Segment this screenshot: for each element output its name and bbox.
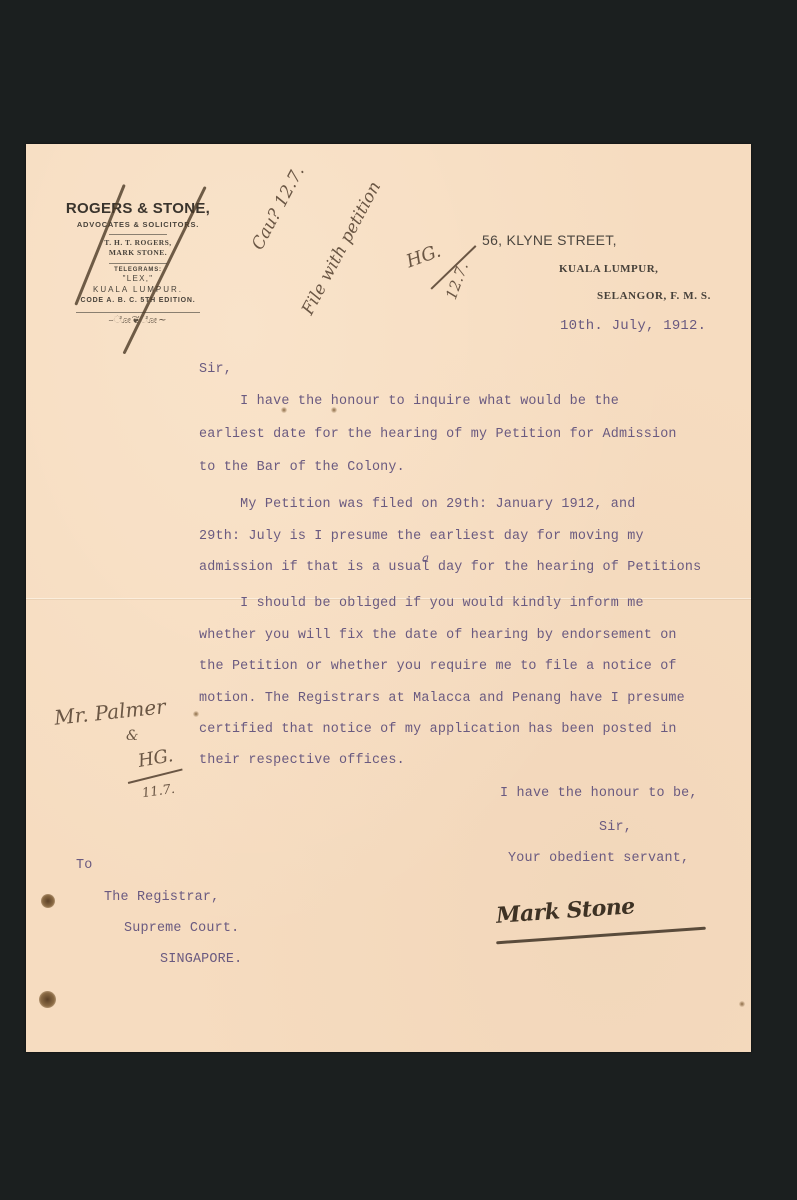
recipient-to: To: [76, 858, 92, 873]
salutation: Sir,: [199, 362, 232, 377]
margin-date: 11.7.: [141, 782, 176, 801]
body-line: My Petition was filed on 29th: January 1…: [199, 497, 636, 512]
telegrams-edition: CODE A. B. C. 5TH EDITION.: [44, 295, 232, 306]
letterhead: ROGERS & STONE, ADVOCATES & SOLICITORS. …: [44, 200, 232, 326]
partner-name: T. H. T. ROGERS,: [44, 238, 232, 248]
paper-stain: [739, 1001, 745, 1007]
signature-underline: [496, 927, 706, 945]
closing-line: I have the honour to be,: [500, 786, 698, 801]
body-line: to the Bar of the Colony.: [199, 460, 405, 475]
firm-name: ROGERS & STONE,: [44, 200, 232, 217]
punch-hole-stain: [41, 894, 55, 908]
telegrams-code: "LEX,": [44, 273, 232, 284]
letterhead-rule: [76, 312, 200, 313]
body-line: the Petition or whether you require me t…: [199, 659, 677, 674]
letterhead-rule: [109, 234, 167, 235]
body-line: earliest date for the hearing of my Peti…: [199, 427, 677, 442]
body-line: certified that notice of my application …: [199, 722, 677, 737]
handwritten-date: 12.7.: [442, 260, 472, 302]
city-address: KUALA LUMPUR,: [559, 263, 658, 275]
closing-line: Your obedient servant,: [508, 851, 689, 866]
partner-name: MARK STONE.: [44, 248, 232, 258]
street-address: 56, KLYNE STREET,: [482, 232, 617, 248]
margin-note: Mr. Palmer: [53, 694, 167, 730]
margin-initials: HG.: [136, 745, 174, 772]
body-line: admission if that is a usual day for the…: [199, 560, 701, 575]
telegrams-city: KUALA LUMPUR.: [44, 284, 232, 295]
letterhead-rule: [109, 263, 167, 264]
closing-line: Sir,: [599, 820, 632, 835]
signature: Mark Stone: [495, 893, 635, 929]
paper-stain: [331, 407, 337, 413]
handwritten-initials: HG.: [403, 241, 443, 273]
handwritten-note: Cau? 12.7.: [248, 163, 309, 254]
recipient-line: SINGAPORE.: [160, 952, 242, 967]
margin-note-ampersand: &: [126, 728, 138, 744]
body-line: motion. The Registrars at Malacca and Pe…: [199, 691, 685, 706]
letter-date: 10th. July, 1912.: [560, 318, 706, 334]
handwritten-note: File with petition: [298, 178, 385, 318]
body-line: their respective offices.: [199, 753, 405, 768]
firm-subtitle: ADVOCATES & SOLICITORS.: [44, 220, 232, 229]
body-line: I should be obliged if you would kindly …: [199, 596, 644, 611]
body-line: 29th: July is I presume the earliest day…: [199, 529, 644, 544]
paper-stain: [193, 711, 199, 717]
handwritten-underline: [128, 768, 183, 783]
body-line: whether you will fix the date of hearing…: [199, 628, 677, 643]
recipient-line: Supreme Court.: [124, 921, 239, 936]
body-line: I have the honour to inquire what would …: [199, 394, 619, 409]
paper-stain: [281, 407, 287, 413]
recipient-line: The Registrar,: [104, 890, 219, 905]
letter-page: ROGERS & STONE, ADVOCATES & SOLICITORS. …: [26, 144, 751, 1052]
handwritten-insertion: a: [422, 551, 429, 565]
punch-hole-stain: [39, 991, 56, 1008]
state-address: SELANGOR, F. M. S.: [597, 290, 711, 302]
